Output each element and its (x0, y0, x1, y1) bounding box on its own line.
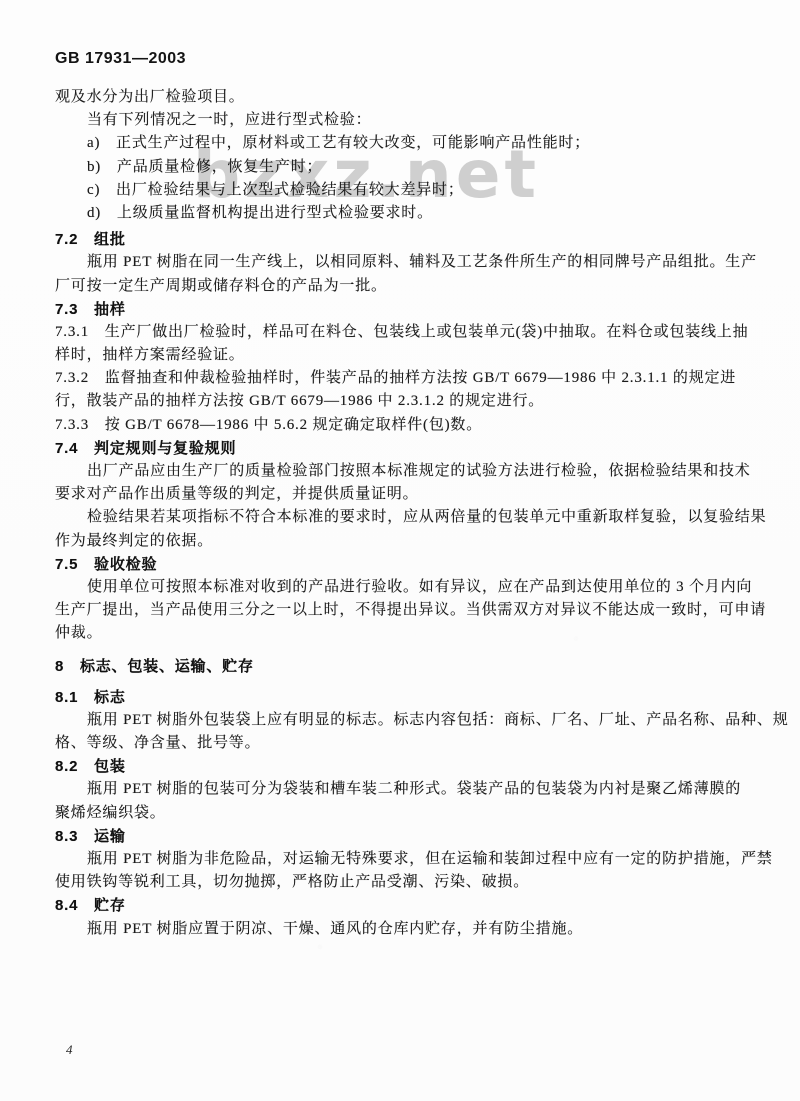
text-line: 行，散装产品的抽样方法按 GB/T 6679—1986 中 2.3.1.2 的规… (55, 390, 760, 413)
text-line: 7.3.1 生产厂做出厂检验时，样品可在料仓、包装线上或包装单元(袋)中抽取。在… (55, 321, 760, 344)
heading-8-4: 8.4 贮存 (55, 894, 760, 917)
text-line: 使用铁钩等锐利工具，切勿抛掷，严格防止产品受潮、污染、破损。 (55, 871, 760, 894)
text-line: 检验结果若某项指标不符合本标准的要求时，应从两倍量的包装单元中重新取样复验，以复… (55, 506, 760, 529)
list-item-c: c) 出厂检验结果与上次型式检验结果有较大差异时； (55, 179, 760, 202)
text-line: 瓶用 PET 树脂在同一生产线上，以相同原料、辅料及工艺条件所生产的相同牌号产品… (55, 251, 760, 274)
page-number: 4 (66, 1042, 73, 1058)
document-body: 观及水分为出厂检验项目。 当有下列情况之一时，应进行型式检验： a) 正式生产过… (55, 86, 760, 941)
heading-8-3: 8.3 运输 (55, 825, 760, 848)
text-line: 厂可按一定生产周期或储存料仓的产品为一批。 (55, 275, 760, 298)
list-item-a: a) 正式生产过程中，原材料或工艺有较大改变，可能影响产品性能时； (55, 132, 760, 155)
heading-7-3: 7.3 抽样 (55, 298, 760, 321)
text-line: 生产厂提出，当产品使用三分之一以上时，不得提出异议。当供需双方对异议不能达成一致… (55, 599, 760, 622)
standard-number: GB 17931—2003 (55, 50, 186, 68)
text-line: 观及水分为出厂检验项目。 (55, 86, 760, 109)
text-line: 作为最终判定的依据。 (55, 530, 760, 553)
text-line: 出厂产品应由生产厂的质量检验部门按照本标准规定的试验方法进行检验，依据检验结果和… (55, 460, 760, 483)
text-line: 聚烯烃编织袋。 (55, 802, 760, 825)
text-line: 瓶用 PET 树脂外包装袋上应有明显的标志。标志内容包括：商标、厂名、厂址、产品… (55, 709, 760, 732)
heading-7-2: 7.2 组批 (55, 228, 760, 251)
text-line: 格、等级、净含量、批号等。 (55, 732, 760, 755)
text-line: 瓶用 PET 树脂的包装可分为袋装和槽车装二种形式。袋装产品的包装袋为内衬是聚乙… (55, 778, 760, 801)
heading-8-2: 8.2 包装 (55, 755, 760, 778)
document-page: GB 17931—2003 bzxz.net 观及水分为出厂检验项目。 当有下列… (0, 0, 800, 1101)
list-item-d: d) 上级质量监督机构提出进行型式检验要求时。 (55, 202, 760, 225)
text-line: 7.3.3 按 GB/T 6678—1986 中 5.6.2 规定确定取样件(包… (55, 414, 760, 437)
heading-7-5: 7.5 验收检验 (55, 553, 760, 576)
text-line: 瓶用 PET 树脂为非危险品，对运输无特殊要求，但在运输和装卸过程中应有一定的防… (55, 848, 760, 871)
text-line: 瓶用 PET 树脂应置于阴凉、干燥、通风的仓库内贮存，并有防尘措施。 (55, 918, 760, 941)
heading-7-4: 7.4 判定规则与复验规则 (55, 437, 760, 460)
list-item-b: b) 产品质量检修，恢复生产时； (55, 156, 760, 179)
text-line: 仲裁。 (55, 622, 760, 645)
text-line: 使用单位可按照本标准对收到的产品进行验收。如有异议，应在产品到达使用单位的 3 … (55, 576, 760, 599)
heading-8: 8 标志、包装、运输、贮存 (55, 655, 760, 678)
text-line: 7.3.2 监督抽查和仲裁检验抽样时，件装产品的抽样方法按 GB/T 6679—… (55, 367, 760, 390)
heading-8-1: 8.1 标志 (55, 686, 760, 709)
text-line: 当有下列情况之一时，应进行型式检验： (55, 109, 760, 132)
text-line: 要求对产品作出质量等级的判定，并提供质量证明。 (55, 483, 760, 506)
text-line: 样时，抽样方案需经验证。 (55, 344, 760, 367)
